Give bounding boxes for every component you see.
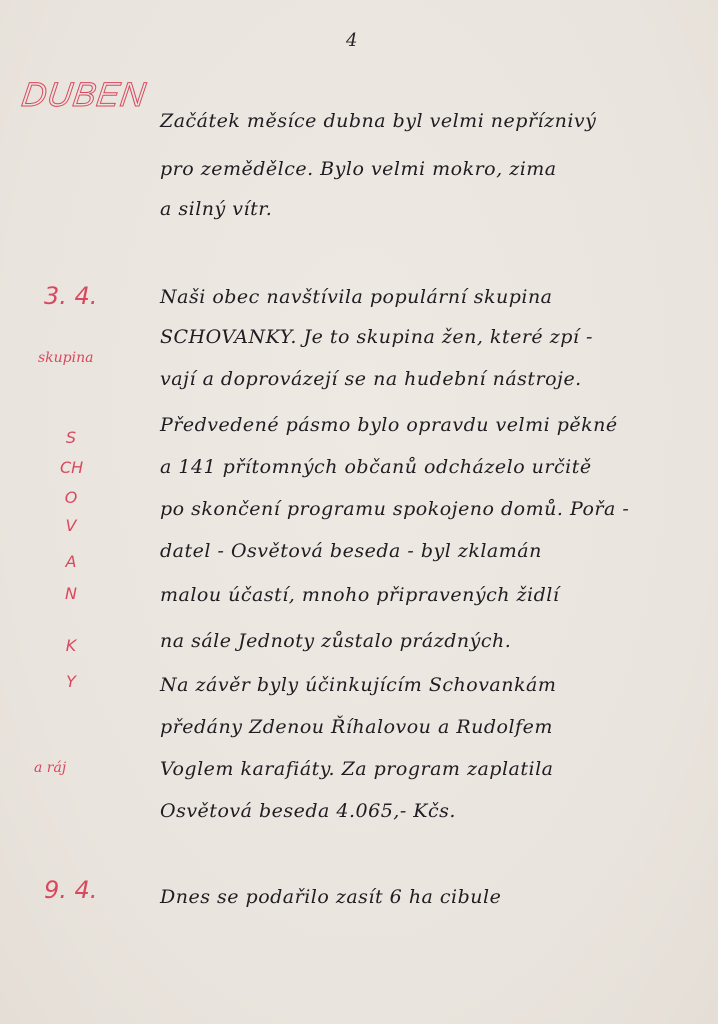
entry-date: 3. 4.: [44, 282, 97, 310]
entry-line: datel - Osvětová beseda - byl zklamán: [160, 540, 542, 562]
margin-vertical-letter: K: [60, 636, 82, 655]
page-number: 4: [346, 30, 357, 51]
entry-line: SCHOVANKY. Je to skupina žen, které zpí …: [160, 326, 593, 348]
margin-vertical-letter: O: [60, 488, 82, 507]
margin-vertical-letter: S: [60, 428, 82, 447]
entry-line: a 141 přítomných občanů odcházelo určitě: [160, 456, 592, 478]
entry-line: Dnes se podařilo zasít 6 ha cibule: [160, 886, 501, 908]
margin-vertical-letter: CH: [60, 458, 82, 477]
entry-line: Osvětová beseda 4.065,- Kčs.: [160, 800, 456, 822]
intro-line: pro zemědělce. Bylo velmi mokro, zima: [160, 158, 557, 180]
margin-vertical-letter: Y: [60, 672, 82, 691]
margin-note-skupina: skupina: [38, 350, 94, 366]
margin-vertical-letter: N: [60, 584, 82, 603]
entry-line: Na závěr byly účinkujícím Schovankám: [160, 674, 556, 696]
entry-line: na sále Jednoty zůstalo prázdných.: [160, 630, 511, 652]
intro-line: Začátek měsíce dubna byl velmi nepřízniv…: [160, 110, 596, 132]
entry-line: předány Zdenou Říhalovou a Rudolfem: [160, 716, 553, 738]
margin-vertical-letter: A: [60, 552, 82, 571]
entry-line: po skončení programu spokojeno domů. Poř…: [160, 498, 629, 520]
entry-line: vají a doprovázejí se na hudební nástroj…: [160, 368, 582, 390]
entry-date: 9. 4.: [44, 876, 97, 904]
entry-line: Voglem karafiáty. Za program zaplatila: [160, 758, 553, 780]
entry-line: malou účastí, mnoho připravených židlí: [160, 584, 559, 606]
month-title: DUBEN: [19, 76, 149, 115]
intro-line: a silný vítr.: [160, 198, 272, 220]
margin-note-bottom: a ráj: [34, 760, 66, 776]
margin-vertical-letter: V: [60, 516, 82, 535]
chronicle-page: 4 DUBEN Začátek měsíce dubna byl velmi n…: [0, 0, 718, 1024]
entry-line: Předvedené pásmo bylo opravdu velmi pěkn…: [160, 414, 618, 436]
entry-line: Naši obec navštívila populární skupina: [160, 286, 553, 308]
